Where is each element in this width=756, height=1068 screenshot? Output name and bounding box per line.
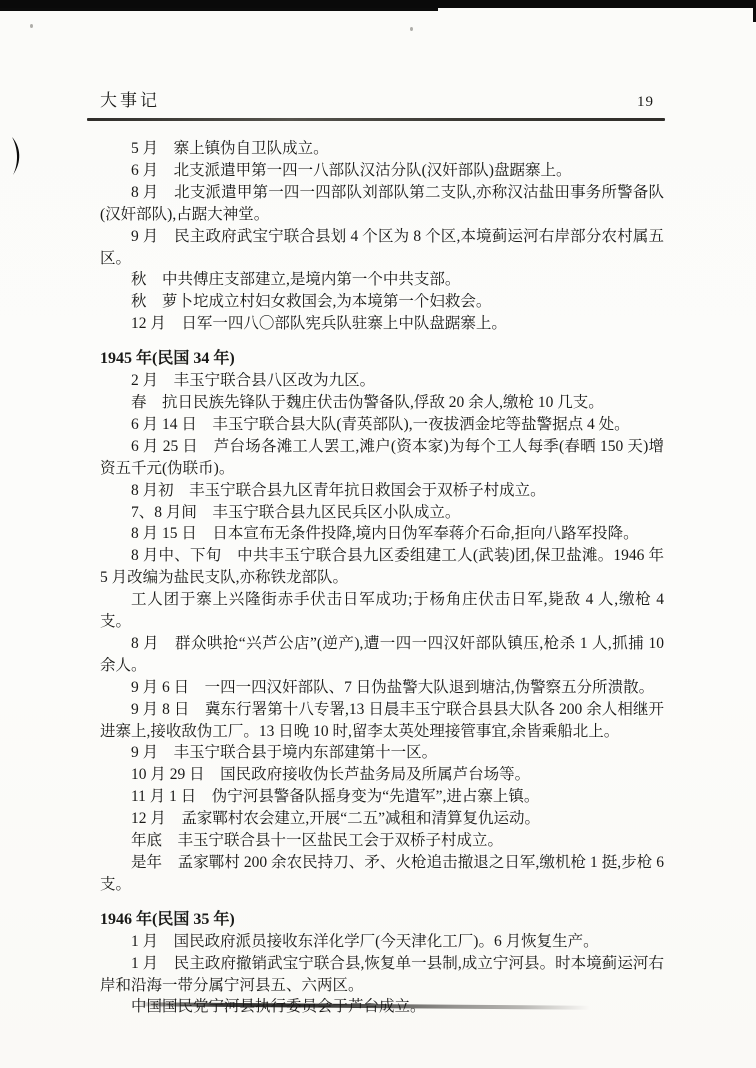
chronicle-entry: 9 月 8 日 冀东行署第十八专署,13 日晨丰玉宁联合县县大队各 200 余人… <box>100 699 664 743</box>
chronicle-entry: 8 月 15 日 日本宣布无条件投降,境内日伪军奉蒋介石命,拒向八路军投降。 <box>100 523 664 545</box>
year-heading: 1946 年(民国 35 年) <box>100 909 664 931</box>
page-body: 5 月 寨上镇伪自卫队成立。6 月 北支派遣甲第一四一八部队汉沽分队(汉奸部队)… <box>100 138 664 1018</box>
year-section: 1945 年(民国 34 年)2 月 丰玉宁联合县八区改为九区。春 抗日民族先锋… <box>100 348 664 896</box>
chronicle-entry: 7、8 月间 丰玉宁联合县九区民兵区小队成立。 <box>100 502 664 524</box>
chronicle-entry: 2 月 丰玉宁联合县八区改为九区。 <box>100 370 664 392</box>
chronicle-entry: 1 月 民主政府撤销武宝宁联合县,恢复单一县制,成立宁河县。时本境蓟运河右岸和沿… <box>100 953 664 997</box>
chronicle-entry: 秋 中共傅庄支部建立,是境内第一个中共支部。 <box>100 269 664 291</box>
page-header: 大事记 19 <box>100 86 664 111</box>
chronicle-entry: 年底 丰玉宁联合县十一区盐民工会于双桥子村成立。 <box>100 830 664 852</box>
scan-speck <box>410 27 413 31</box>
chronicle-entry: 9 月 丰玉宁联合县于境内东部建第十一区。 <box>100 742 664 764</box>
scan-edge-top <box>0 0 756 8</box>
chronicle-entry: 6 月 25 日 芦台场各滩工人罢工,滩户(资本家)为每个工人每季(春晒 150… <box>100 436 664 480</box>
year-heading: 1945 年(民国 34 年) <box>100 348 664 370</box>
chronicle-entry: 12 月 孟家鄲村农会建立,开展“二五”减租和清算复仇运动。 <box>100 808 664 830</box>
page-number: 19 <box>637 94 654 111</box>
scanned-page: 大事记 19 5 月 寨上镇伪自卫队成立。6 月 北支派遣甲第一四一八部队汉沽分… <box>0 0 756 1068</box>
chronicle-entry: 9 月 6 日 一四一四汉奸部队、7 日伪盐警大队退到塘沽,伪警察五分所溃散。 <box>100 677 664 699</box>
chronicle-entry: 5 月 寨上镇伪自卫队成立。 <box>100 138 664 160</box>
chronicle-entry: 6 月 北支派遣甲第一四一八部队汉沽分队(汉奸部队)盘踞寨上。 <box>100 160 664 182</box>
header-rule <box>87 118 665 121</box>
page-content: 大事记 19 5 月 寨上镇伪自卫队成立。6 月 北支派遣甲第一四一八部队汉沽分… <box>100 86 664 1018</box>
chronicle-entry: 11 月 1 日 伪宁河县警备队摇身变为“先遣军”,进占寨上镇。 <box>100 786 664 808</box>
year-section: 5 月 寨上镇伪自卫队成立。6 月 北支派遣甲第一四一八部队汉沽分队(汉奸部队)… <box>100 138 664 335</box>
chronicle-entry: 春 抗日民族先锋队于魏庄伏击伪警备队,俘敌 20 余人,缴枪 10 几支。 <box>100 392 664 414</box>
chronicle-entry: 秋 萝卜坨成立村妇女救国会,为本境第一个妇救会。 <box>100 291 664 313</box>
chronicle-entry: 12 月 日军一四八〇部队宪兵队驻寨上中队盘踞寨上。 <box>100 313 664 335</box>
chronicle-entry: 9 月 民主政府武宝宁联合县划 4 个区为 8 个区,本境蓟运河右岸部分农村属五… <box>100 226 664 270</box>
chronicle-entry: 工人团于寨上兴隆街赤手伏击日军成功;于杨角庄伏击日军,毙敌 4 人,缴枪 4 支… <box>100 589 664 633</box>
chronicle-entry: 8 月中、下旬 中共丰玉宁联合县九区委组建工人(武装)团,保卫盐滩。1946 年… <box>100 545 664 589</box>
page-title: 大事记 <box>100 86 160 111</box>
scan-speck <box>30 24 33 28</box>
chronicle-entry: 是年 孟家鄲村 200 余农民持刀、矛、火枪追击撤退之日军,缴机枪 1 挺,步枪… <box>100 852 664 896</box>
chronicle-entry: 8 月初 丰玉宁联合县九区青年抗日救国会于双桥子村成立。 <box>100 480 664 502</box>
chronicle-entry: 10 月 29 日 国民政府接收伪长芦盐务局及所属芦台场等。 <box>100 764 664 786</box>
chronicle-entry: 1 月 国民政府派员接收东洋化学厂(今天津化工厂)。6 月恢复生产。 <box>100 931 664 953</box>
chronicle-entry: 8 月 群众哄抢“兴芦公店”(逆产),遭一四一四汉奸部队镇压,枪杀 1 人,抓捕… <box>100 633 664 677</box>
chronicle-entry: 6 月 14 日 丰玉宁联合县大队(青英部队),一夜拔洒金坨等盐警据点 4 处。 <box>100 414 664 436</box>
ink-blob-mark <box>9 136 25 181</box>
chronicle-entry: 8 月 北支派遣甲第一四一四部队刘部队第二支队,亦称汉沽盐田事务所警备队(汉奸部… <box>100 182 664 226</box>
